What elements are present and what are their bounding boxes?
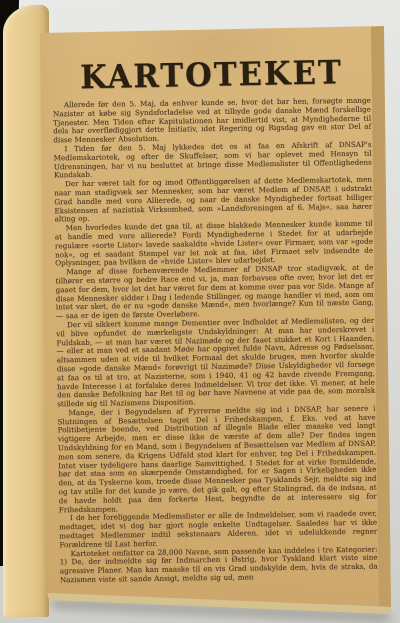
paragraph: Kartoteket omfatter ca 28,000 Navne, som… xyxy=(59,545,377,585)
paragraph: Mange af disse forhenværende Medlemmer a… xyxy=(55,264,374,321)
paragraph: Allerede før den 5. Maj, da enhver kunde… xyxy=(53,97,372,146)
paragraph: Men hvorledes kunde det gaa til, at diss… xyxy=(55,220,374,269)
paragraph: I de her foreliggende Medlemslister er a… xyxy=(59,510,377,550)
body-text: Allerede før den 5. Maj, da enhver kunde… xyxy=(53,97,378,585)
paragraph: Der har været talt for og imod Offentlig… xyxy=(54,176,373,225)
book-page-photo: KARTOTEKET Allerede før den 5. Maj, da e… xyxy=(0,0,400,623)
paragraph: Mange, der i Begyndelsen af Fyrrerne mel… xyxy=(57,405,377,515)
page-title: KARTOTEKET xyxy=(49,56,374,97)
paragraph: Der vil sikkert komme mange Dementier ov… xyxy=(56,317,375,410)
page-content: KARTOTEKET Allerede før den 5. Maj, da e… xyxy=(52,44,378,585)
